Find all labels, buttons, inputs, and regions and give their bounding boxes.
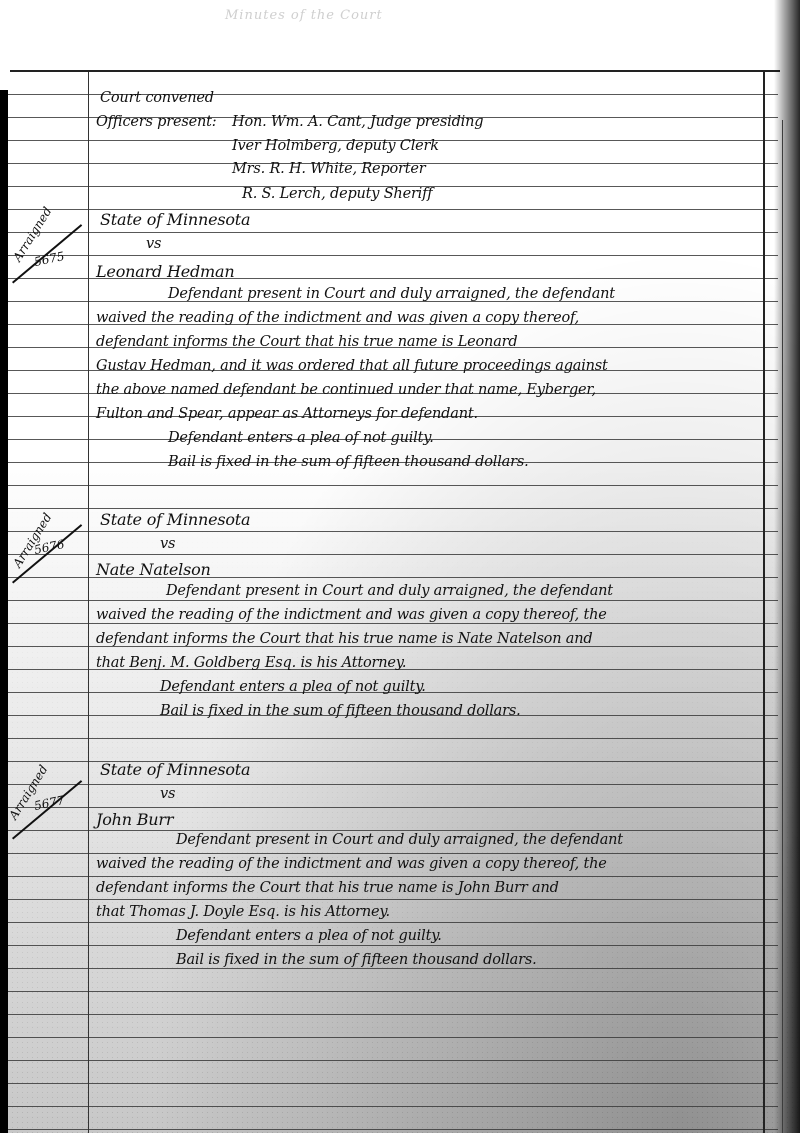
case-3-bail: Bail is fixed in the sum of fifteen thou… bbox=[176, 952, 536, 968]
case-1-defendant: Leonard Hedman bbox=[96, 262, 234, 281]
case-2-bail: Bail is fixed in the sum of fifteen thou… bbox=[160, 703, 520, 719]
right-margin-rule bbox=[763, 72, 765, 1133]
case-2-line: defendant informs the Court that his tru… bbox=[96, 631, 592, 647]
officer-clerk: Iver Holmberg, deputy Clerk bbox=[232, 138, 439, 154]
case-2-vs: vs bbox=[160, 536, 175, 552]
officers-label: Officers present: bbox=[96, 114, 216, 130]
page-shadow-edge bbox=[774, 0, 800, 1133]
case-1-line: the above named defendant be continued u… bbox=[96, 382, 596, 398]
case-2-state: State of Minnesota bbox=[100, 510, 250, 529]
case-2-plea: Defendant enters a plea of not guilty. bbox=[160, 679, 426, 695]
case-1-line: Gustav Hedman, and it was ordered that a… bbox=[96, 358, 608, 374]
case-3-line: Defendant present in Court and duly arra… bbox=[176, 832, 623, 848]
case-1-line: Defendant present in Court and duly arra… bbox=[168, 286, 615, 302]
case-1-line: waived the reading of the indictment and… bbox=[96, 310, 579, 326]
case-3-state: State of Minnesota bbox=[100, 760, 250, 779]
faded-header: Minutes of the Court bbox=[225, 8, 525, 28]
officer-judge: Hon. Wm. A. Cant, Judge presiding bbox=[232, 114, 483, 130]
case-2-line: that Benj. M. Goldberg Esq. is his Attor… bbox=[96, 655, 406, 671]
ruled-lines bbox=[8, 72, 778, 1133]
case-2-defendant: Nate Natelson bbox=[96, 560, 211, 579]
case-3-line: that Thomas J. Doyle Esq. is his Attorne… bbox=[96, 904, 390, 920]
top-rule bbox=[10, 70, 780, 72]
officer-reporter: Mrs. R. H. White, Reporter bbox=[232, 161, 426, 177]
case-1-plea: Defendant enters a plea of not guilty. bbox=[168, 430, 434, 446]
case-3-defendant: John Burr bbox=[96, 810, 173, 829]
case-1-line: defendant informs the Court that his tru… bbox=[96, 334, 517, 350]
ledger-page: Minutes of the Court Court convened Offi… bbox=[0, 0, 800, 1133]
case-1-bail: Bail is fixed in the sum of fifteen thou… bbox=[168, 454, 528, 470]
case-1-vs: vs bbox=[146, 236, 161, 252]
case-2-line: Defendant present in Court and duly arra… bbox=[166, 583, 613, 599]
case-1-line: Fulton and Spear, appear as Attorneys fo… bbox=[96, 406, 478, 422]
case-1-state: State of Minnesota bbox=[100, 210, 250, 229]
case-3-line: defendant informs the Court that his tru… bbox=[96, 880, 559, 896]
case-3-line: waived the reading of the indictment and… bbox=[96, 856, 607, 872]
case-3-vs: vs bbox=[160, 786, 175, 802]
case-2-line: waived the reading of the indictment and… bbox=[96, 607, 607, 623]
officer-sheriff: R. S. Lerch, deputy Sheriff bbox=[242, 186, 432, 202]
left-margin-rule bbox=[88, 72, 89, 1133]
court-convened: Court convened bbox=[100, 90, 214, 106]
case-3-plea: Defendant enters a plea of not guilty. bbox=[176, 928, 442, 944]
binding-edge bbox=[0, 90, 8, 1133]
